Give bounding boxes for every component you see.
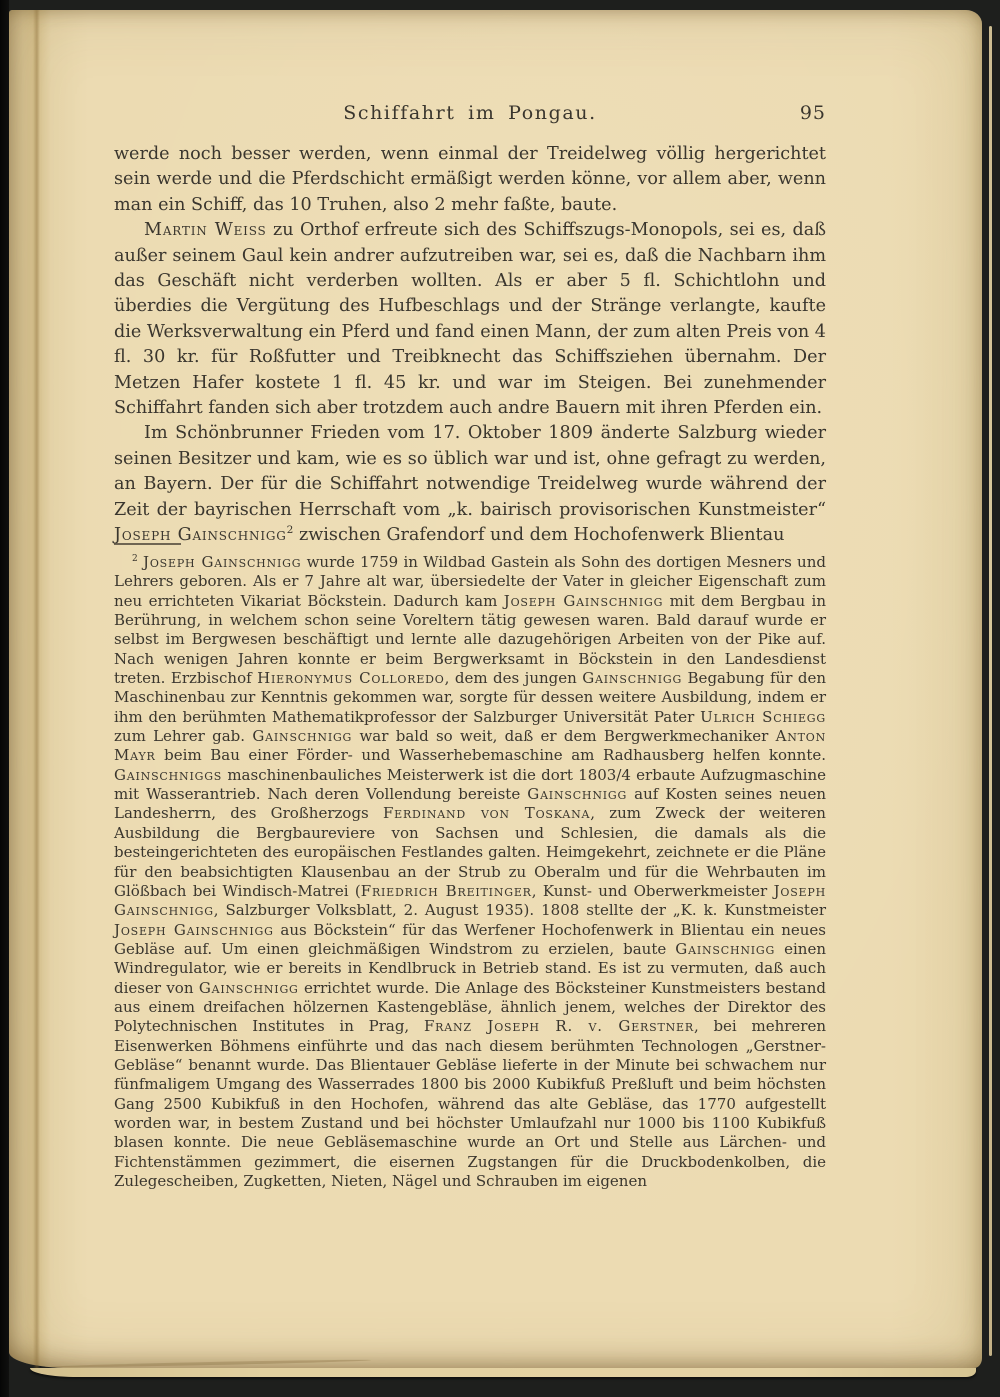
scan-background-strip [0,1386,1000,1397]
text-run: beim Bau einer Förder- und Wasserhebemas… [156,746,826,764]
person-name: Joseph Gainschnigg [143,553,301,571]
person-name: Ulrich Schiegg [700,708,826,726]
person-name: Gainschnigg [582,669,682,687]
person-name: Martin Weiss [144,220,267,240]
paragraph: Im Schönbrunner Frieden vom 17. Oktober … [114,421,826,548]
text-run: , Kunst- und Oberwerkmeister [532,882,774,900]
footnote-separator-rule [114,543,181,545]
underlying-page-edge-bottom [30,1368,976,1377]
book-page: Schiffahrt im Pongau. 95 werde noch bess… [9,10,982,1368]
text-run: war bald so weit, daß er dem Bergwerkmec… [352,727,775,745]
book-binding-edge [0,0,9,1397]
person-name: Gainschnigg [527,785,627,803]
book-scan: Schiffahrt im Pongau. 95 werde noch bess… [0,0,1000,1397]
text-run: zu Orthof erfreute sich des Schiffszugs-… [114,220,826,418]
paragraph: Martin Weiss zu Orthof erfreute sich des… [114,218,826,421]
underlying-page-edge-right [989,26,992,1356]
person-name: Franz Joseph R. v. Gerstner [424,1017,694,1035]
text-run: , dem des jungen [445,669,583,687]
page-header: Schiffahrt im Pongau. 95 [114,102,826,128]
text-run: Im Schönbrunner Frieden vom 17. Oktober … [114,423,826,519]
person-name: Hieronymus Colloredo [257,669,444,687]
page-stack-shadow [51,1359,371,1369]
footnote-text: 2 Joseph Gainschnigg wurde 1759 in Wildb… [114,553,826,1191]
text-run: zum Lehrer gab. [114,727,252,745]
person-name: Joseph Gainschnigg [504,592,663,610]
text-run: zwischen Grafendorf und dem Hochofenwerk… [293,525,784,545]
person-name: Gainschnigg [252,727,352,745]
person-name: Gainschniggs [114,766,222,784]
text-run: , Salzburger Volksblatt, 2. August 1935)… [214,901,826,919]
person-name: Gainschnigg [199,979,299,997]
gutter-crease-shadow [33,10,40,1368]
person-name: Gainschnigg [675,940,775,958]
running-title: Schiffahrt im Pongau. [114,102,826,124]
text-run: werde noch besser werden, wenn einmal de… [114,144,826,215]
body-text: werde noch besser werden, wenn einmal de… [114,142,826,549]
paragraph: werde noch besser werden, wenn einmal de… [114,142,826,218]
person-name: Friedrich Breitinger [361,882,532,900]
person-name: Ferdinand von Toskana [383,804,590,822]
footnote-marker: 2 [132,554,138,564]
page-number: 95 [800,102,826,124]
person-name: Joseph Gainschnigg [114,921,274,939]
text-run: , bei mehreren Eisenwerken Böhmens einfü… [114,1017,826,1190]
